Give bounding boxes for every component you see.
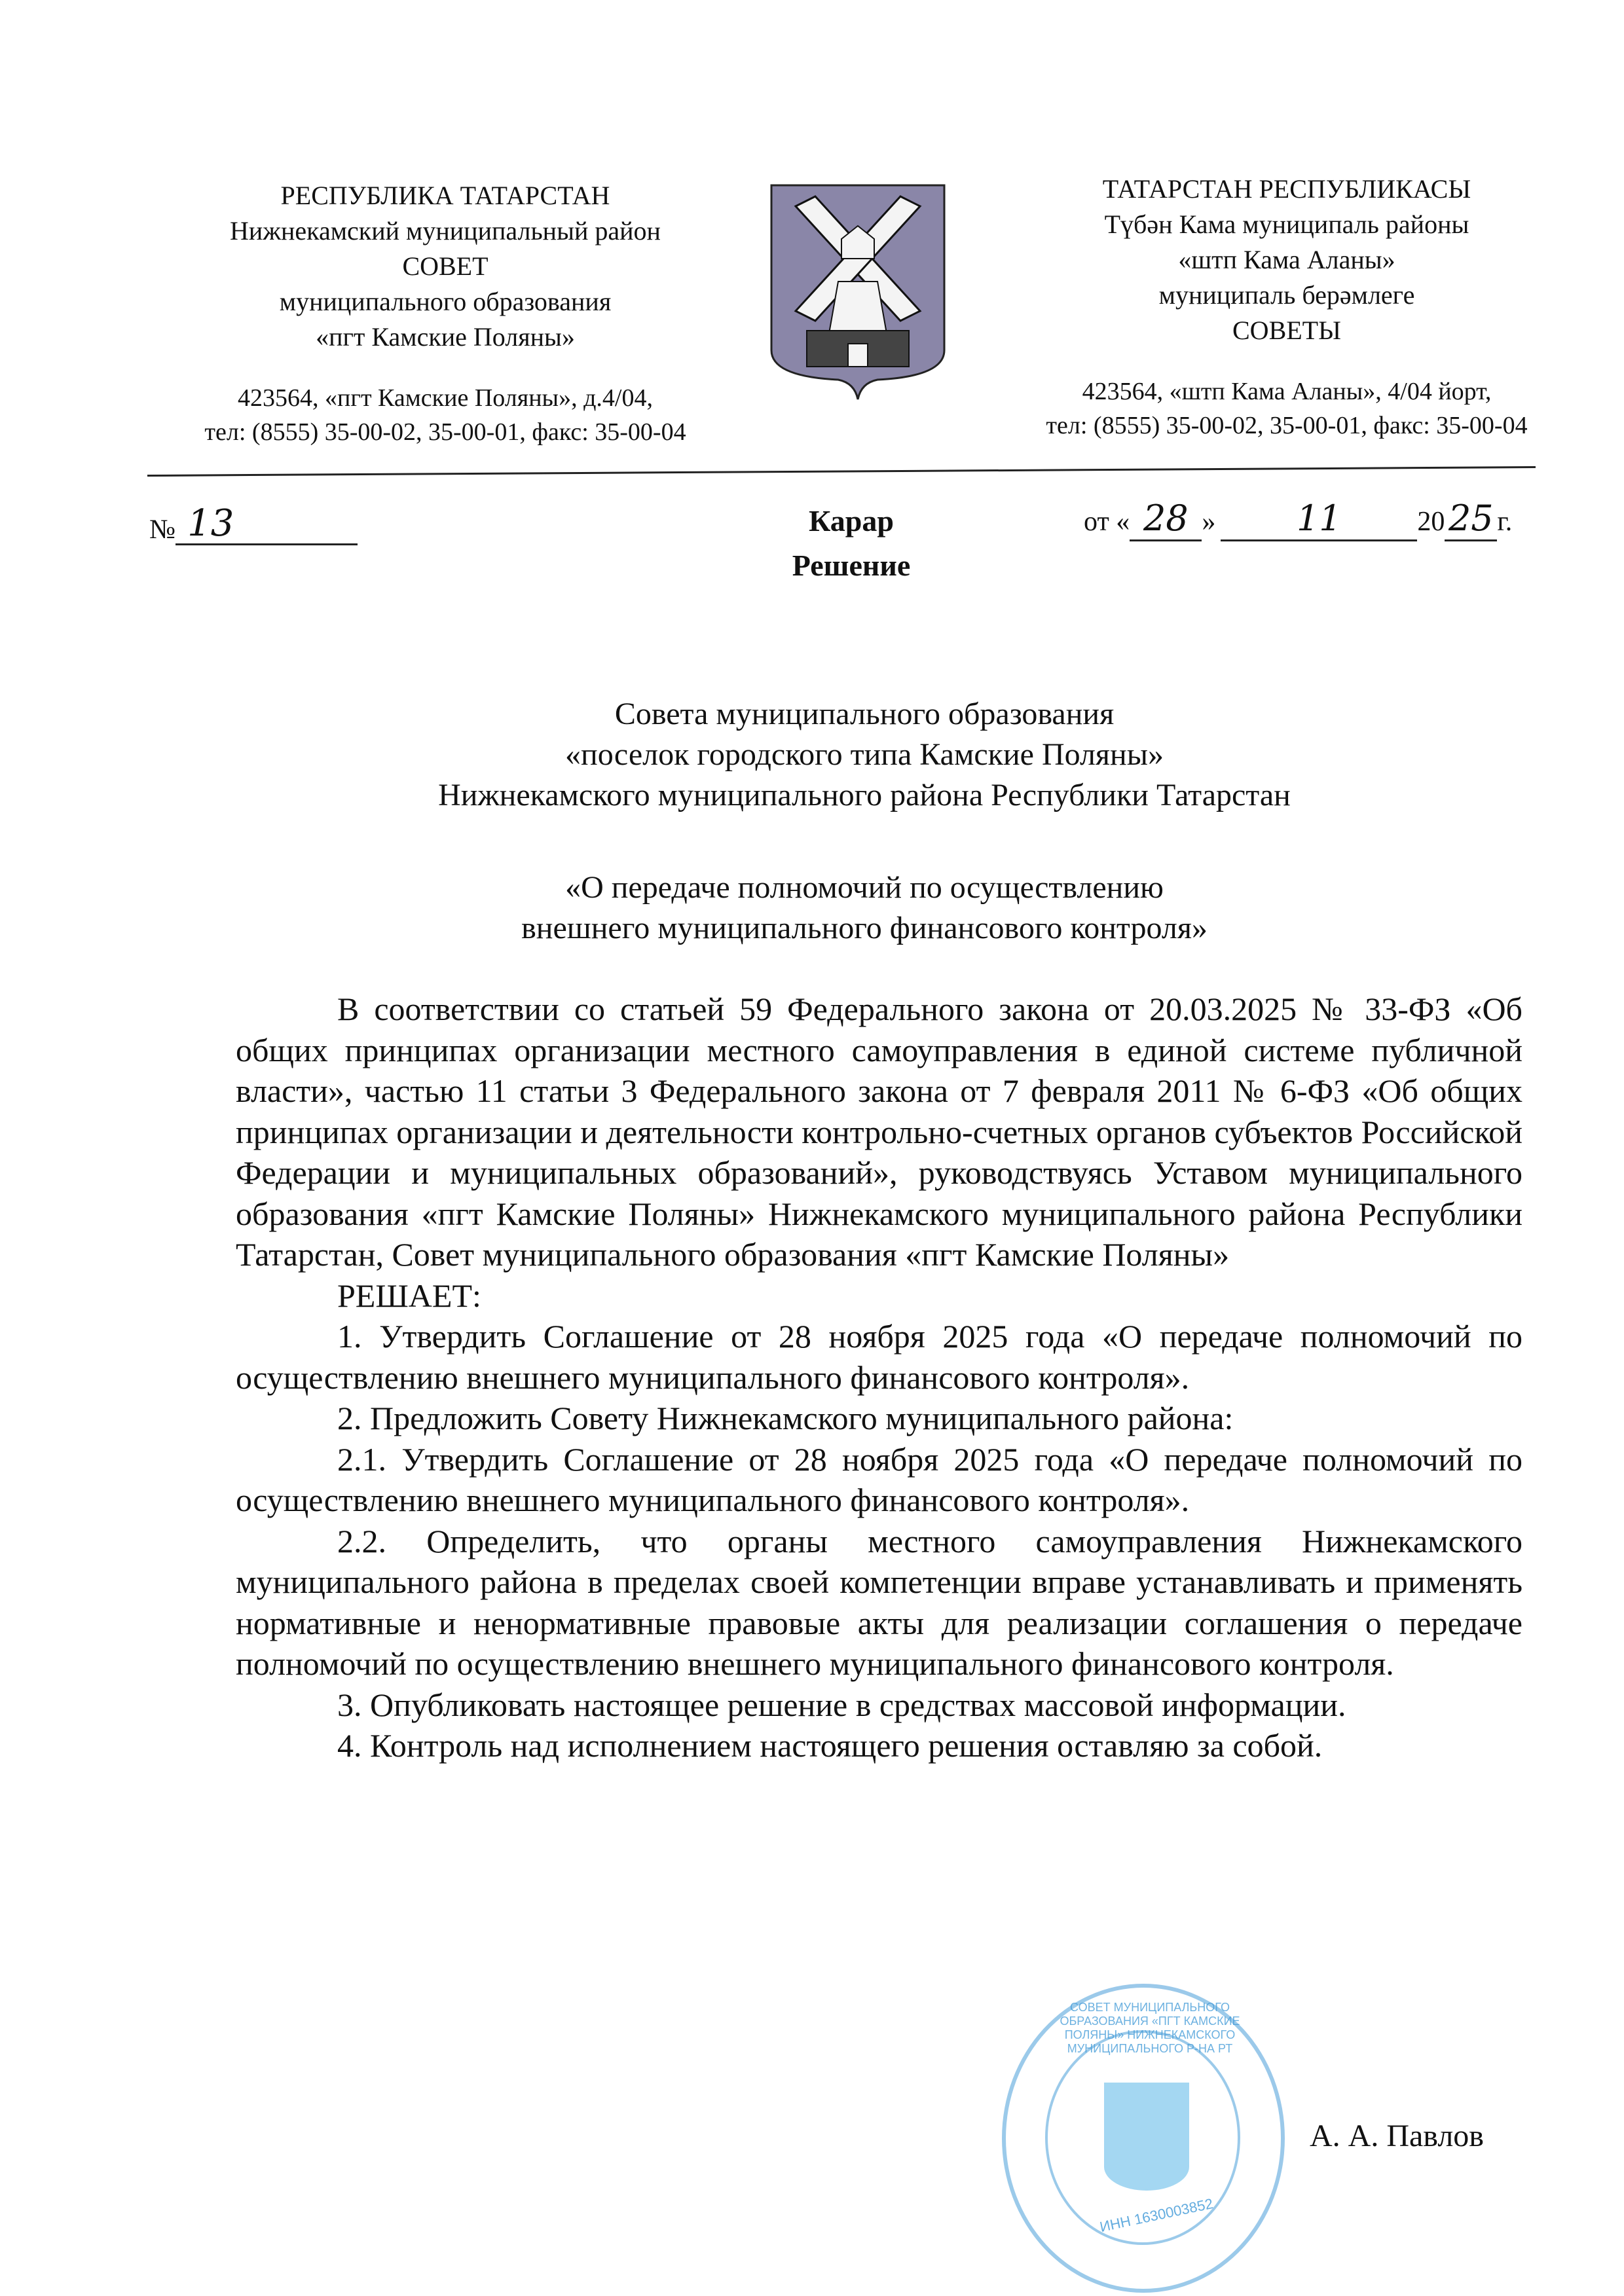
preamble: В соответствии со статьей 59 Федеральног… <box>236 989 1522 1275</box>
date-year-prefix: 20 <box>1417 507 1445 537</box>
date-year-suffix: 25 <box>1445 498 1497 541</box>
document-title: Карар Решение <box>681 499 1022 588</box>
date-mid: » <box>1202 507 1215 537</box>
decides-label: РЕШАЕТ: <box>236 1275 1522 1317</box>
header-right-line: «штп Кама Аланы» <box>1002 242 1572 278</box>
header-divider <box>147 466 1536 477</box>
date-suffix: г. <box>1497 507 1512 537</box>
signatory-name: А. А. Павлов <box>1310 2118 1484 2154</box>
date-day: 28 <box>1130 498 1202 541</box>
subject-line: «О передаче полномочий по осуществлению <box>216 867 1513 908</box>
stamp-emblem-icon <box>1104 2083 1189 2191</box>
decision-body: В соответствии со статьей 59 Федеральног… <box>236 989 1522 1766</box>
header-left-line: «пгт Камские Поляны» <box>164 319 727 355</box>
header-left-line: РЕСПУБЛИКА ТАТАРСТАН <box>164 178 727 213</box>
header-left-line: Нижнекамский муниципальный район <box>164 213 727 249</box>
date-month: 11 <box>1221 498 1417 541</box>
official-seal-stamp: СОВЕТ МУНИЦИПАЛЬНОГО ОБРАЗОВАНИЯ «ПГТ КА… <box>1002 1984 1285 2293</box>
subject-line: внешнего муниципального финансового конт… <box>216 908 1513 949</box>
header-right-address: 423564, «штп Кама Аланы», 4/04 йорт, <box>1002 374 1572 409</box>
document-number: №13 <box>149 504 358 545</box>
header-right-line: ТАТАРСТАН РЕСПУБЛИКАСЫ <box>1002 172 1572 207</box>
header-left-phone: тел: (8555) 35-00-02, 35-00-01, факс: 35… <box>164 415 727 449</box>
spacer <box>164 355 727 381</box>
header-left-line: СОВЕТ <box>164 249 727 284</box>
date-prefix: от « <box>1084 507 1130 537</box>
spacer <box>1002 348 1572 374</box>
windmill-emblem-icon <box>766 180 950 403</box>
header-left-line: муниципального образования <box>164 284 727 319</box>
issuer-line: Совета муниципального образования <box>216 694 1513 735</box>
number-label: № <box>149 514 175 545</box>
title-tatar: Карар <box>681 499 1022 543</box>
header-right-line: муниципаль берәмлеге <box>1002 278 1572 313</box>
issuer-heading: Совета муниципального образования «посел… <box>216 694 1513 816</box>
issuer-line: Нижнекамского муниципального района Респ… <box>216 775 1513 816</box>
header-left-russian: РЕСПУБЛИКА ТАТАРСТАН Нижнекамский муници… <box>164 178 727 449</box>
item-2-2: 2.2. Определить, что органы местного сам… <box>236 1521 1522 1685</box>
item-3: 3. Опубликовать настоящее решение в сред… <box>236 1685 1522 1726</box>
item-1: 1. Утвердить Соглашение от 28 ноября 202… <box>236 1316 1522 1398</box>
item-4: 4. Контроль над исполнением настоящего р… <box>236 1725 1522 1766</box>
header-right-phone: тел: (8555) 35-00-02, 35-00-01, факс: 35… <box>1002 409 1572 443</box>
header-right-line: Түбән Кама муниципаль районы <box>1002 207 1572 242</box>
header-right-tatar: ТАТАРСТАН РЕСПУБЛИКАСЫ Түбән Кама муници… <box>1002 172 1572 443</box>
item-2-1: 2.1. Утвердить Соглашение от 28 ноября 2… <box>236 1439 1522 1521</box>
issuer-line: «поселок городского типа Камские Поляны» <box>216 735 1513 775</box>
number-value: 13 <box>175 504 358 545</box>
item-2: 2. Предложить Совету Нижнекамского муниц… <box>236 1398 1522 1439</box>
title-russian: Решение <box>681 543 1022 588</box>
header-right-line: СОВЕТЫ <box>1002 313 1572 348</box>
document-date: от «28»112025г. <box>1084 498 1512 541</box>
header-left-address: 423564, «пгт Камские Поляны», д.4/04, <box>164 381 727 415</box>
subject-heading: «О передаче полномочий по осуществлению … <box>216 867 1513 949</box>
